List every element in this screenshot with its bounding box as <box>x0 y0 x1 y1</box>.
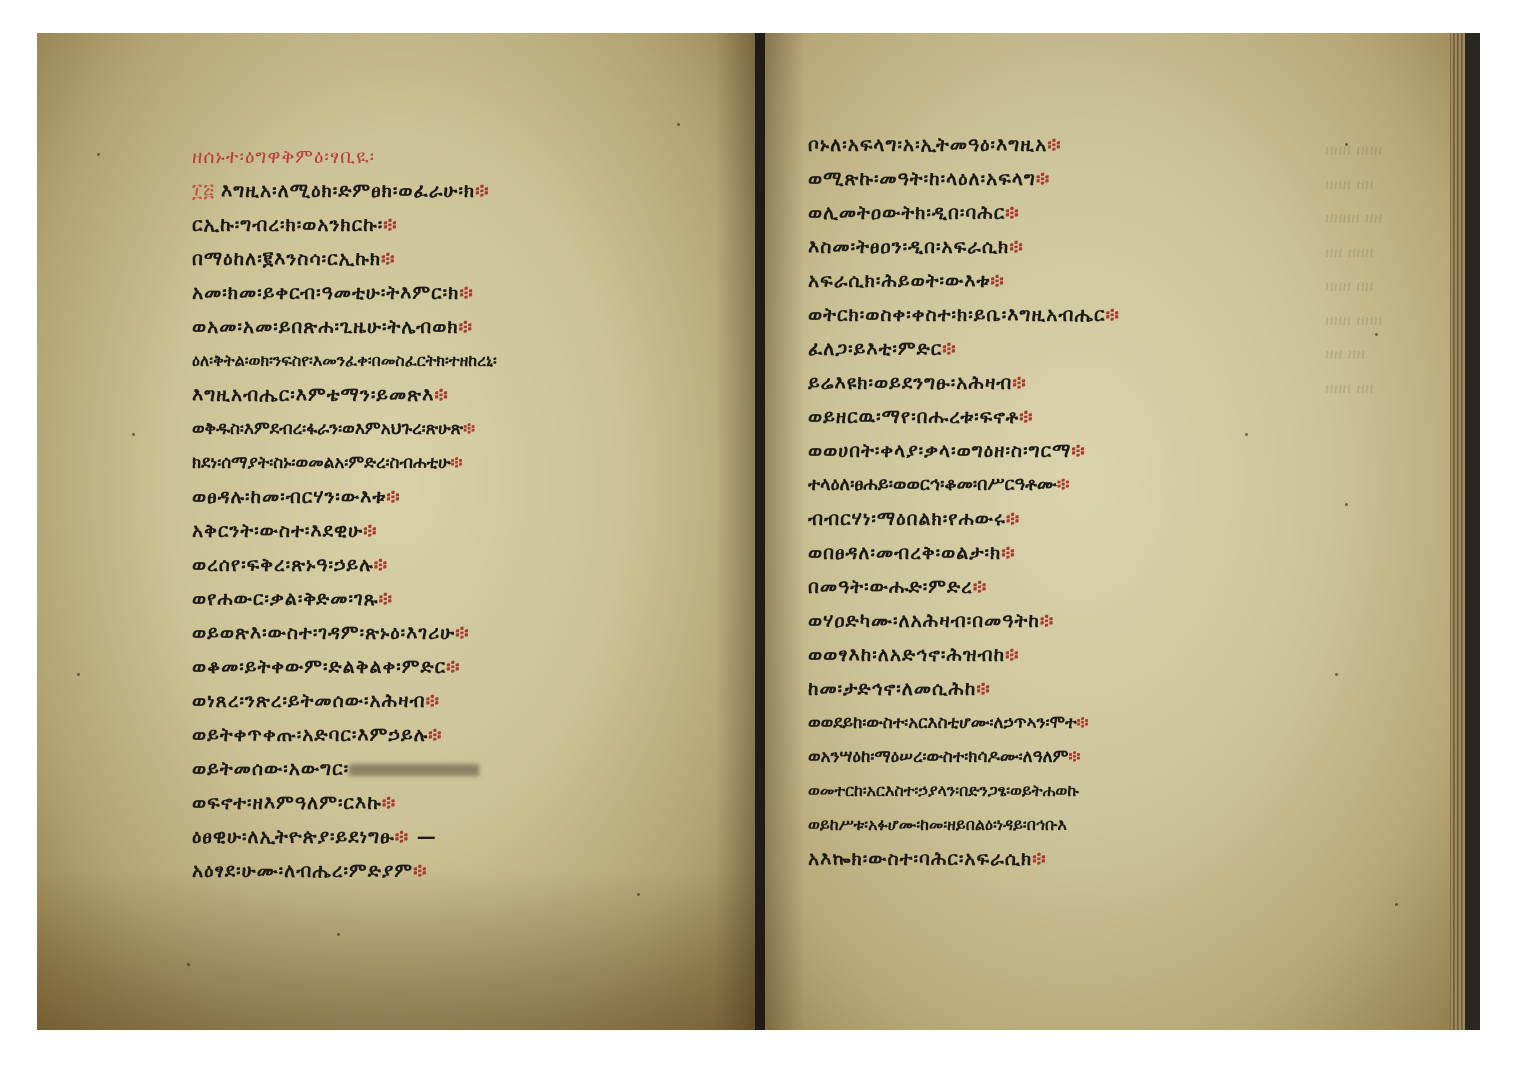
text-line: ወይትቀጥቀጡ፡አድባር፡እምኃይሉ፨ <box>192 718 497 752</box>
text-line: ወሃዐድካሙ፡ለአሕዛብ፡በመዓትከ፨ <box>808 604 1120 638</box>
text-line: ወአመ፡አመ፡ይበጽሐ፡ጊዜሁ፡ትሌብወክ፨ <box>192 310 497 344</box>
text-line: ወመተርከ፡አርእስተ፡ኃያላን፡በድንጋፄ፡ወይትሐወኩ <box>808 774 1120 808</box>
page-fore-edge <box>1450 33 1465 1030</box>
text-line: እስመ፡ትፀዐን፡ዲበ፡አፍራሲክ፨ <box>808 230 1120 264</box>
text-line: እግዚአብሔር፡እምቴማን፡ይመጽእ፨ <box>192 378 497 412</box>
text-line: ተላዕለ፡ፀሐይ፡ወወርኅ፡ቆመ፡በሥርዓቶሙ፨ <box>808 468 1120 502</box>
text-line: ዕፀዊሁ፡ለኢትዮጵያ፡ይደነግፁ፨ — <box>192 820 497 854</box>
text-line: ይሬእዩክ፡ወይደንግፁ፡አሕዛብ፨ <box>808 366 1120 400</box>
verse-number: ፲፭ <box>192 180 215 202</box>
text-line: ፲፭እግዚአ፡ለሚዕክ፡ድምፀክ፡ወፈራሁ፡ክ፨ <box>192 174 497 208</box>
text-line: ወወደይከ፡ውስተ፡አርእስቲሆሙ፡ለኃጥኣን፡ሞተ፨ <box>808 706 1120 740</box>
text-line: ወወሀበት፡ቀላያ፡ቃላ፡ወግዕዘ፡ስ፡ግርማ፨ <box>808 434 1120 468</box>
text-line: ወሚጽኩ፡መዓት፡ከ፡ላዕለ፡አፍላግ፨ <box>808 162 1120 196</box>
text-line: አፍራሲክ፡ሕይወት፡ውእቱ፨ <box>808 264 1120 298</box>
book-gutter <box>755 33 765 1030</box>
right-page: ዘዘዘ ዘዘዘዘዘዘ ዘዘዘዘዘዘ ዘዘዘዘ ዘዘዘዘዘዘ ዘዘዘዘዘ ዘዘዘዘ… <box>765 33 1465 1030</box>
text-line: አእኰክ፡ውስተ፡ባሕር፡አፍራሲክ፨ <box>808 842 1120 876</box>
text-line: አቅርንት፡ውስተ፡እደዊሁ፨ <box>192 514 497 548</box>
text-line: ርኢኩ፡ግብረ፡ክ፡ወአንክርኩ፡፨ <box>192 208 497 242</box>
text-line: ቦኑለ፡አፍላግ፡አ፡ኢትመዓዕ፡እግዚአ፨ <box>808 128 1120 162</box>
text-line-smudged: ወይትመሰው፡አውግር፡ <box>192 752 497 786</box>
text-line: ወነጸረ፡ንጽረ፡ይትመሰው፡አሕዛብ፨ <box>192 684 497 718</box>
bleed-through-text: ዘዘዘ ዘዘዘዘዘዘ ዘዘዘዘዘዘ ዘዘዘዘ ዘዘዘዘዘዘ ዘዘዘዘዘ ዘዘዘዘ… <box>1325 133 1382 405</box>
left-page: ዘሰኑተ፡ዕግዋቅምዕ፡ፃቢዪ፡ ፲፭እግዚአ፡ለሚዕክ፡ድምፀክ፡ወፈራሁ፡ክ… <box>37 33 755 1030</box>
text-line: ወየሐውር፡ቃል፡ቅድመ፡ገጹ፨ <box>192 582 497 616</box>
text-line: ወትርክ፡ወስቀ፡ቀስተ፡ክ፡ይቤ፡እግዚአብሔር፨ <box>808 298 1120 332</box>
text-line: ወረሰየ፡ፍቅረ፡ጽኑዓ፡ኃይሉ፨ <box>192 548 497 582</box>
left-text-block: ዘሰኑተ፡ዕግዋቅምዕ፡ፃቢዪ፡ ፲፭እግዚአ፡ለሚዕክ፡ድምፀክ፡ወፈራሁ፡ክ… <box>192 140 497 888</box>
text-line: ዕለ፡ቅትል፡ወክ፡ንፍስየ፡እመንፈቀ፡በመስፈርትክ፡ተዘከረኒ፡ <box>192 344 497 378</box>
text-line: ክደነ፡ሰማያት፡ስኑ፡ወመልአ፡ምድረ፡ስብሐቲሁ፨ <box>192 446 497 480</box>
text-line: ወፀዳሉ፡ከመ፡ብርሃን፡ውእቱ፨ <box>192 480 497 514</box>
text-line: በመዓት፡ውሑድ፡ምድረ፨ <box>808 570 1120 604</box>
text-line: ወሊመትዐውትክ፡ዲበ፡ባሕር፨ <box>808 196 1120 230</box>
text-line: ወወፃእከ፡ለአድኅኖ፡ሕዝብከ፨ <box>808 638 1120 672</box>
text-line: አመ፡ክመ፡ይቀርብ፡ዓመቲሁ፡ትእምር፡ክ፨ <box>192 276 497 310</box>
text-line: ከመ፡ታድኅኖ፡ለመሲሕከ፨ <box>808 672 1120 706</box>
rubric-heading: ዘሰኑተ፡ዕግዋቅምዕ፡ፃቢዪ፡ <box>192 140 497 174</box>
text-line: ብብርሃነ፡ማዕበልክ፡የሐውሩ፨ <box>808 502 1120 536</box>
text-line: ወይዘርዉ፡ማየ፡በሑረቱ፡ፍኖቶ፨ <box>808 400 1120 434</box>
text-line: አዕፃደ፡ሁሙ፡ለብሔረ፡ምድያም፨ <box>192 854 497 888</box>
text-line: ወይከሥቱ፡አፉሆሙ፡ከመ፡ዘይበልዕ፡ነዳይ፡በኅቡእ <box>808 808 1120 842</box>
text-line: ወፍኖተ፡ዘእምዓለም፡ርእኩ፨ <box>192 786 497 820</box>
text-line: ፈለጋ፡ይእቲ፡ምድር፨ <box>808 332 1120 366</box>
text-line: ወበፀዳለ፡መብረቅ፡ወልታ፡ክ፨ <box>808 536 1120 570</box>
manuscript-spread: ዘሰኑተ፡ዕግዋቅምዕ፡ፃቢዪ፡ ፲፭እግዚአ፡ለሚዕክ፡ድምፀክ፡ወፈራሁ፡ክ… <box>37 33 1480 1030</box>
text-line: ወይወጽእ፡ውስተ፡ገዳም፡ጽኑዕ፡እገሪሁ፨ <box>192 616 497 650</box>
text-line: ወቆመ፡ይትቀውም፡ድልቅልቀ፡ምድር፨ <box>192 650 497 684</box>
text-line: ወቅዱስ፡እምደብረ፡ፋራን፡ወእምአህጉረ፡ጽሁጽ፨ <box>192 412 497 446</box>
text-line: በማዕከለ፡፪እንስሳ፡ርኢኩክ፨ <box>192 242 497 276</box>
text-line: ወአንሣዕከ፡ማዕሠረ፡ውስተ፡ክሳዶሙ፡ለዓለም፨ <box>808 740 1120 774</box>
right-text-block: ቦኑለ፡አፍላግ፡አ፡ኢትመዓዕ፡እግዚአ፨ ወሚጽኩ፡መዓት፡ከ፡ላዕለ፡አፍ… <box>808 128 1120 876</box>
